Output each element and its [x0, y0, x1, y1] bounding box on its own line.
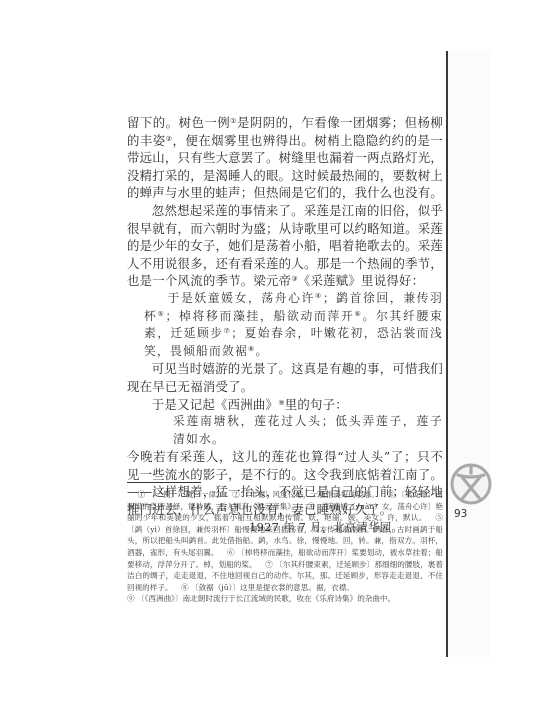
footnote-rule [127, 482, 201, 483]
footnote-9: ⑨ 〔《西洲曲》〕南北朝时流行于长江流域的民歌，收在《乐府诗集》的杂曲中。 [127, 593, 443, 605]
main-text: 留下的。树色一例①是阴阴的，乍看像一团烟雾；但杨柳的丰姿②，便在烟雾里也辨得出。… [127, 114, 443, 536]
margin-band [448, 51, 490, 657]
book-page: 留下的。树色一例①是阴阴的，乍看像一团烟雾；但杨柳的丰姿②，便在烟雾里也辨得出。… [0, 0, 550, 711]
footnote-8: ⑧ 〔敛裾（jū）〕这里是提衣裳的意思。裾，衣襟。 [181, 583, 354, 592]
footnote-ref-6[interactable]: ⑥ [355, 310, 363, 318]
quote-cailian-fu: 于是妖童媛女，荡舟心许④；鹢首徐回，兼传羽杯⑤；棹将移而藻挂，船欲动而萍开⑥。尔… [127, 290, 443, 360]
paragraph-2: 忽然想起采莲的事情来了。采莲是江南的旧俗，似乎很早就有，而六朝时为盛；从诗歌里可… [127, 202, 443, 290]
footnote-ref-5[interactable]: ⑤ [158, 310, 166, 318]
footnote-block: ① 〔一例〕一概，一律。 ② 〔丰姿〕风度仪态，一般指美好的姿态。 ③ 〔梁元帝… [127, 489, 443, 593]
paragraph-4: 于是又记起《西洲曲》⑨里的句子： [127, 396, 443, 414]
footnote-ref-4[interactable]: ④ [315, 292, 323, 300]
paragraph-1: 留下的。树色一例①是阴阴的，乍看像一团烟雾；但杨柳的丰姿②，便在烟雾里也辨得出。… [127, 114, 443, 202]
margin-divider-line [446, 51, 448, 657]
footnote-2: ② 〔丰姿〕风度仪态，一般指美好的姿态。 [232, 490, 379, 499]
page-number: 93 [454, 508, 467, 520]
footnote-ref-1[interactable]: ① [230, 117, 237, 125]
circle-wen-logo-icon [449, 462, 493, 506]
paragraph-3: 可见当时嬉游的光景了。这真是有趣的事，可惜我们现在早已无福消受了。 [127, 360, 443, 395]
quote-xizhou-qu: 采莲南塘秋，莲花过人头；低头弄莲子，莲子清如水。 [127, 413, 443, 448]
footnotes: ① 〔一例〕一概，一律。 ② 〔丰姿〕风度仪态，一般指美好的姿态。 ③ 〔梁元帝… [127, 489, 443, 605]
footnote-1: ① 〔一例〕一概，一律。 [138, 490, 224, 499]
